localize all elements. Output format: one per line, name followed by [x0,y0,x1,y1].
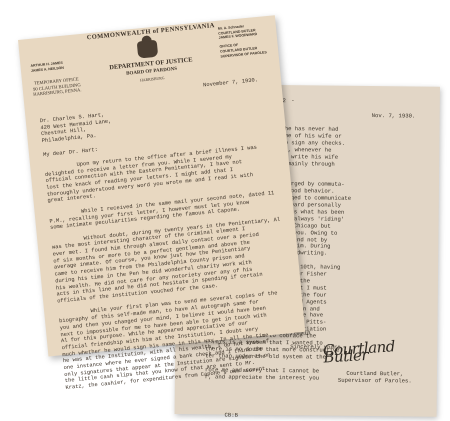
signer-block: Courtland Butler, Supervisor of Paroles. [338,371,412,386]
page-2-date: Nov. 7, 1930. [372,113,416,120]
letterhead-right-names: Mr. A. Schnader COURTLAND BUTLER JAMES F… [218,22,267,58]
letter-date: November 7, 1930. [203,77,258,89]
letterhead-left-names: ARTHUR H. JAMES JAMES A. NEILSON [30,61,64,73]
state-seal-icon [137,40,159,59]
typist-initials: CB:B [224,413,238,420]
temporary-office: TEMPORARY OFFICE 90 CLAUTH BUILDING HARR… [32,76,82,97]
letter-body: Dr. Charles S. Hart, 420 West Mermaid La… [40,96,301,392]
letter-page-1: COMMONWEALTH of PENNSYLVANIA DEPARTMENT … [18,15,305,356]
photo-stage: - 2 - Nov. 7, 1930. that in all his care… [0,0,450,421]
signer-title: Supervisor of Paroles. [338,377,412,385]
